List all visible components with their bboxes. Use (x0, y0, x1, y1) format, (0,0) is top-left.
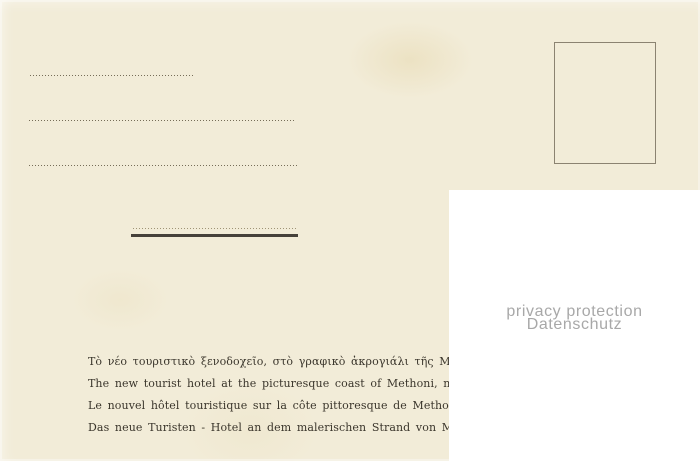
stamp-box (554, 42, 656, 164)
address-dotted-line-3 (29, 164, 297, 166)
address-dotted-line-2 (29, 119, 296, 121)
privacy-overlay-text-german: Datenschutz (527, 318, 623, 331)
divider-solid-line (131, 234, 298, 237)
postcard-back: Τὸ νέο τουριστικὸ ξενοδοχεῖο, στὸ γραφικ… (0, 0, 700, 461)
address-dotted-line-1 (30, 74, 193, 76)
divider-dotted-line (133, 228, 297, 229)
privacy-overlay: privacy protection Datenschutz (449, 190, 700, 461)
